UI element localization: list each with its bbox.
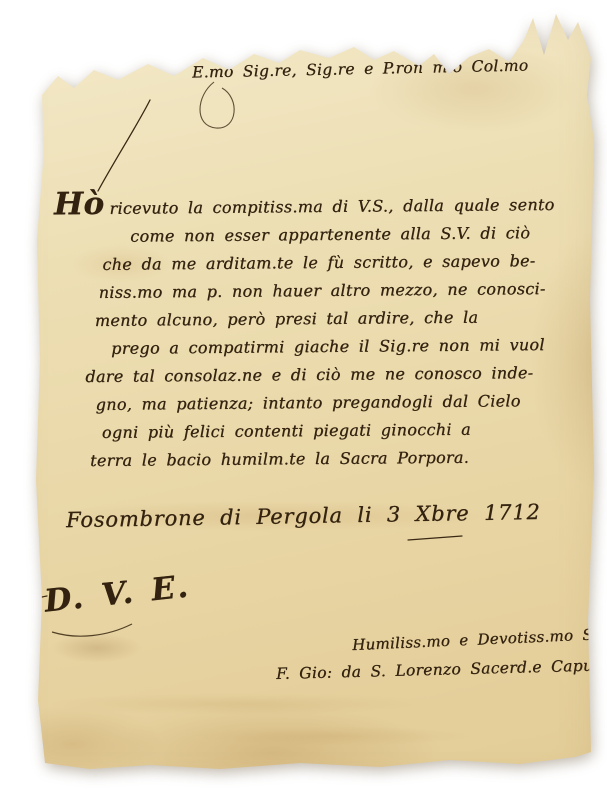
pen-flourish-stroke bbox=[98, 100, 150, 191]
body-line-7: dare tal consolaz.ne e di ciò me ne cono… bbox=[85, 359, 585, 391]
body-line-2: come non esser appartenente alla S.V. di… bbox=[130, 219, 584, 251]
body-line-3: che da me arditam.te le fù scritto, e sa… bbox=[102, 247, 584, 279]
year-underline-stroke bbox=[408, 536, 462, 540]
monogram-flourish-stroke bbox=[52, 624, 132, 636]
body-line-9: ogni più felici contenti piegati ginocch… bbox=[102, 415, 586, 447]
body-line-10: terra le bacio humilm.te la Sacra Porpor… bbox=[90, 443, 586, 475]
signature-line: F. Gio: da S. Lorenzo Sacerd.e Capud.no … bbox=[276, 655, 607, 683]
letter-body: Hòricevuto la compitiss.ma di V.S., dall… bbox=[54, 190, 586, 476]
body-line-8: gno, ma patienza; intanto pregandogli da… bbox=[96, 387, 586, 419]
body-line-4: niss.mo ma p. non hauer altro mezzo, ne … bbox=[99, 275, 585, 307]
drop-cap-initial: Hò bbox=[54, 186, 105, 222]
letter-page-wrapper: 3-08-501 E.mo Sig.re, Sig.re e P.ron mio… bbox=[0, 0, 607, 800]
salutation-loop-flourish bbox=[200, 82, 234, 128]
salutation-line: E.mo Sig.re, Sig.re e P.ron mio Col.mo bbox=[192, 56, 529, 81]
archive-inventory-number: 3-08-501 bbox=[451, 15, 523, 41]
scan-background: 3-08-501 E.mo Sig.re, Sig.re e P.ron mio… bbox=[0, 0, 607, 800]
sender-initials-monogram: D. V. E. bbox=[43, 568, 192, 619]
body-line-5: mento alcuno, però presi tal ardire, che… bbox=[95, 303, 585, 335]
body-line-1-text: ricevuto la compitiss.ma di V.S., dalla … bbox=[109, 195, 554, 218]
dateline: Fosombrone di Pergola li 3 Xbre 1712 bbox=[66, 500, 541, 532]
letter-page: 3-08-501 E.mo Sig.re, Sig.re e P.ron mio… bbox=[0, 0, 607, 800]
body-line-1: Hòricevuto la compitiss.ma di V.S., dall… bbox=[54, 190, 584, 224]
body-line-6: prego a compatirmi giache il Sig.re non … bbox=[111, 331, 585, 363]
closing-courtesy-line: Humiliss.mo e Devotiss.mo Ser.re bbox=[352, 624, 607, 654]
